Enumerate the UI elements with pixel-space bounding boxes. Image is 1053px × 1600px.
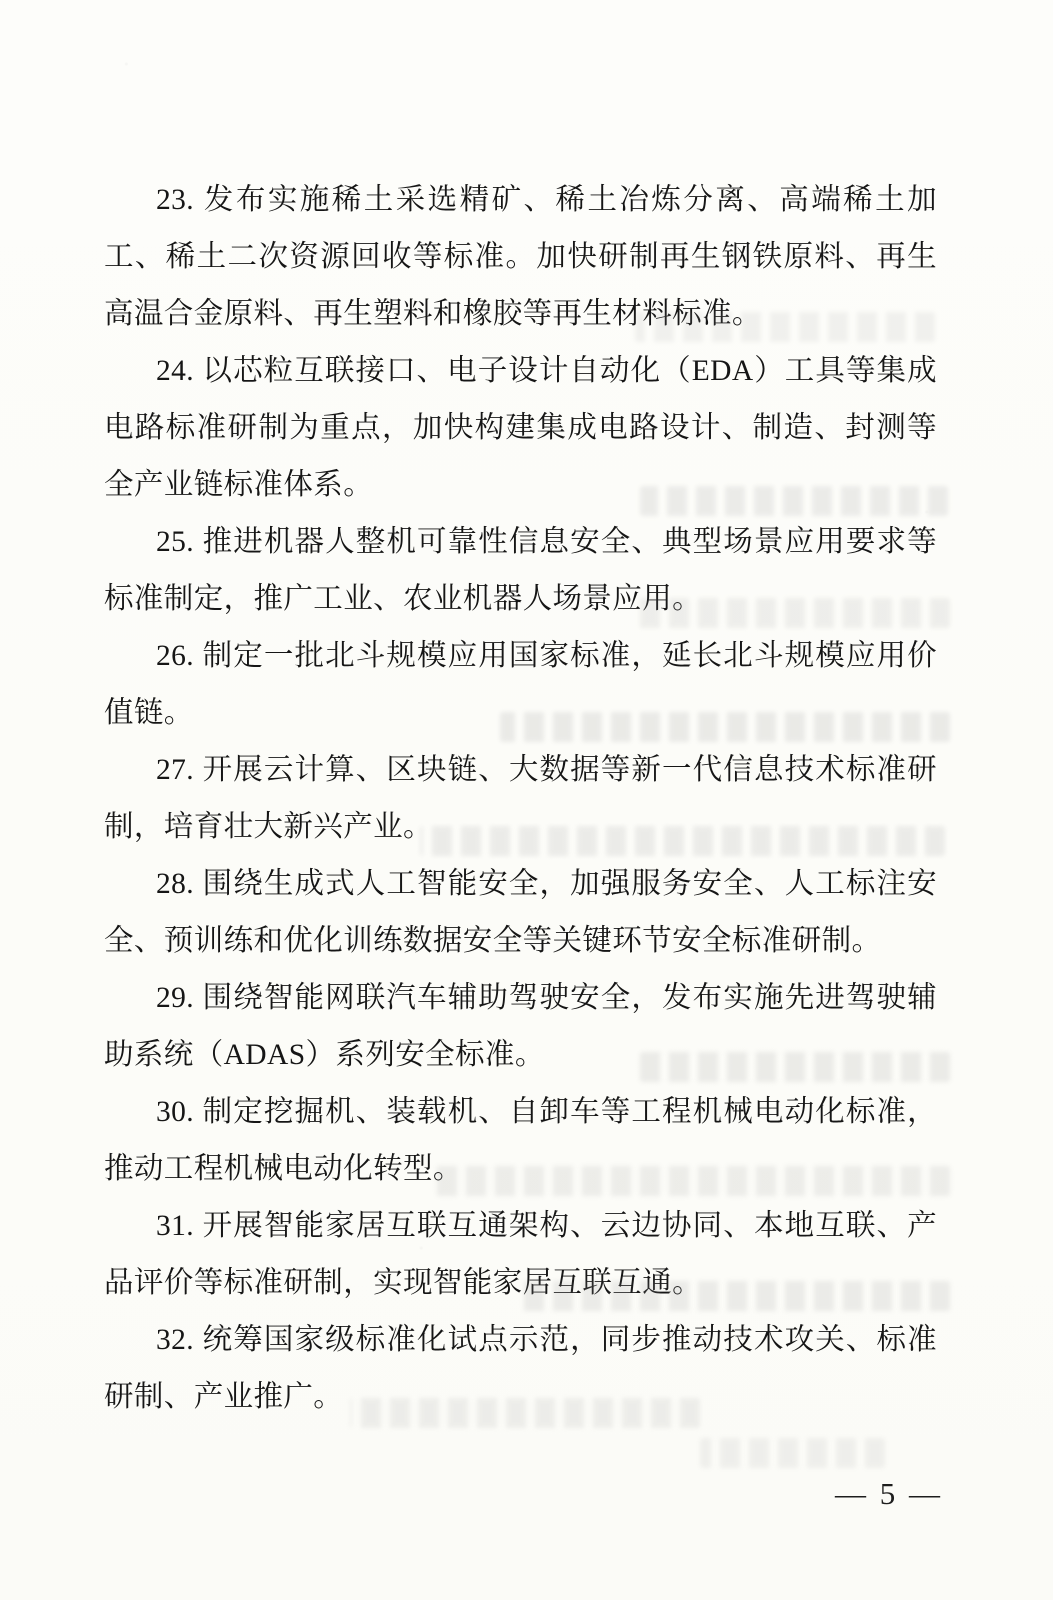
document-paragraph-24: 24. 以芯粒互联接口、电子设计自动化（EDA）工具等集成电路标准研制为重点，加… (104, 343, 937, 514)
document-paragraph-31: 31. 开展智能家居互联互通架构、云边协同、本地互联、产品评价等标准研制，实现智… (104, 1198, 937, 1312)
bleedthrough-artifact (700, 1438, 885, 1468)
scanned-document-page: 23. 发布实施稀土采选精矿、稀土冶炼分离、高端稀土加工、稀土二次资源回收等标准… (0, 0, 1053, 1600)
document-paragraph-29: 29. 围绕智能网联汽车辅助驾驶安全，发布实施先进驾驶辅助系统（ADAS）系列安… (104, 970, 937, 1084)
page-number: — 5 — (835, 1476, 943, 1512)
document-paragraph-32: 32. 统筹国家级标准化试点示范，同步推动技术攻关、标准研制、产业推广。 (104, 1312, 937, 1426)
document-paragraph-25: 25. 推进机器人整机可靠性信息安全、典型场景应用要求等标准制定，推广工业、农业… (104, 514, 937, 628)
document-paragraph-26: 26. 制定一批北斗规模应用国家标准，延长北斗规模应用价值链。 (104, 628, 937, 742)
document-paragraph-27: 27. 开展云计算、区块链、大数据等新一代信息技术标准研制，培育壮大新兴产业。 (104, 742, 937, 856)
document-paragraph-23: 23. 发布实施稀土采选精矿、稀土冶炼分离、高端稀土加工、稀土二次资源回收等标准… (104, 172, 937, 343)
document-paragraph-30: 30. 制定挖掘机、装载机、自卸车等工程机械电动化标准，推动工程机械电动化转型。 (104, 1084, 937, 1198)
document-paragraph-28: 28. 围绕生成式人工智能安全，加强服务安全、人工标注安全、预训练和优化训练数据… (104, 856, 937, 970)
document-body: 23. 发布实施稀土采选精矿、稀土冶炼分离、高端稀土加工、稀土二次资源回收等标准… (104, 172, 937, 1426)
